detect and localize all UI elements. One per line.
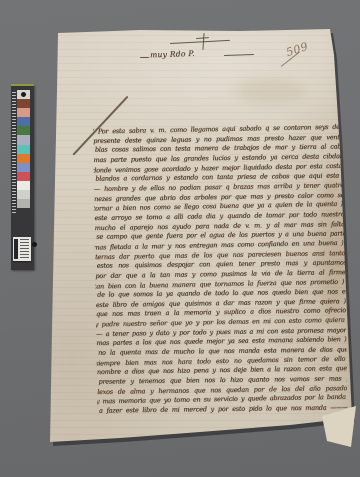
paper-stain <box>235 78 305 104</box>
focus-target-patch <box>17 90 30 99</box>
digitized-manuscript-photo: muy Rdo P. 509 ( Por esta sabra v. m. co… <box>0 0 360 477</box>
calibration-ruler-marks <box>12 92 16 214</box>
orange-patch <box>17 154 30 163</box>
blue-patch <box>17 117 30 126</box>
lavender-patch <box>17 135 30 144</box>
gray-mid-patch <box>17 199 30 208</box>
manuscript-text-block: ( Por esta sabra v. m. como llegamos aqu… <box>93 123 348 421</box>
calibration-patch-column <box>17 90 30 208</box>
white-patch <box>17 181 30 190</box>
periwinkle-patch <box>17 163 30 172</box>
brown-patch <box>17 99 30 108</box>
green-patch <box>17 126 30 135</box>
teal-patch <box>17 145 30 154</box>
red-patch <box>17 172 30 181</box>
barcode-icon <box>14 239 18 259</box>
salmon-patch <box>17 108 30 117</box>
archive-id-label <box>13 237 31 261</box>
registration-dot <box>32 242 37 247</box>
gray-light-patch <box>17 190 30 199</box>
manuscript-line: a fazer este libro de mi merced y por es… <box>99 403 348 416</box>
manuscript-page: muy Rdo P. 509 ( Por esta sabra v. m. co… <box>0 0 360 477</box>
inscription-dash <box>140 57 149 58</box>
label-text-lines <box>20 239 29 259</box>
